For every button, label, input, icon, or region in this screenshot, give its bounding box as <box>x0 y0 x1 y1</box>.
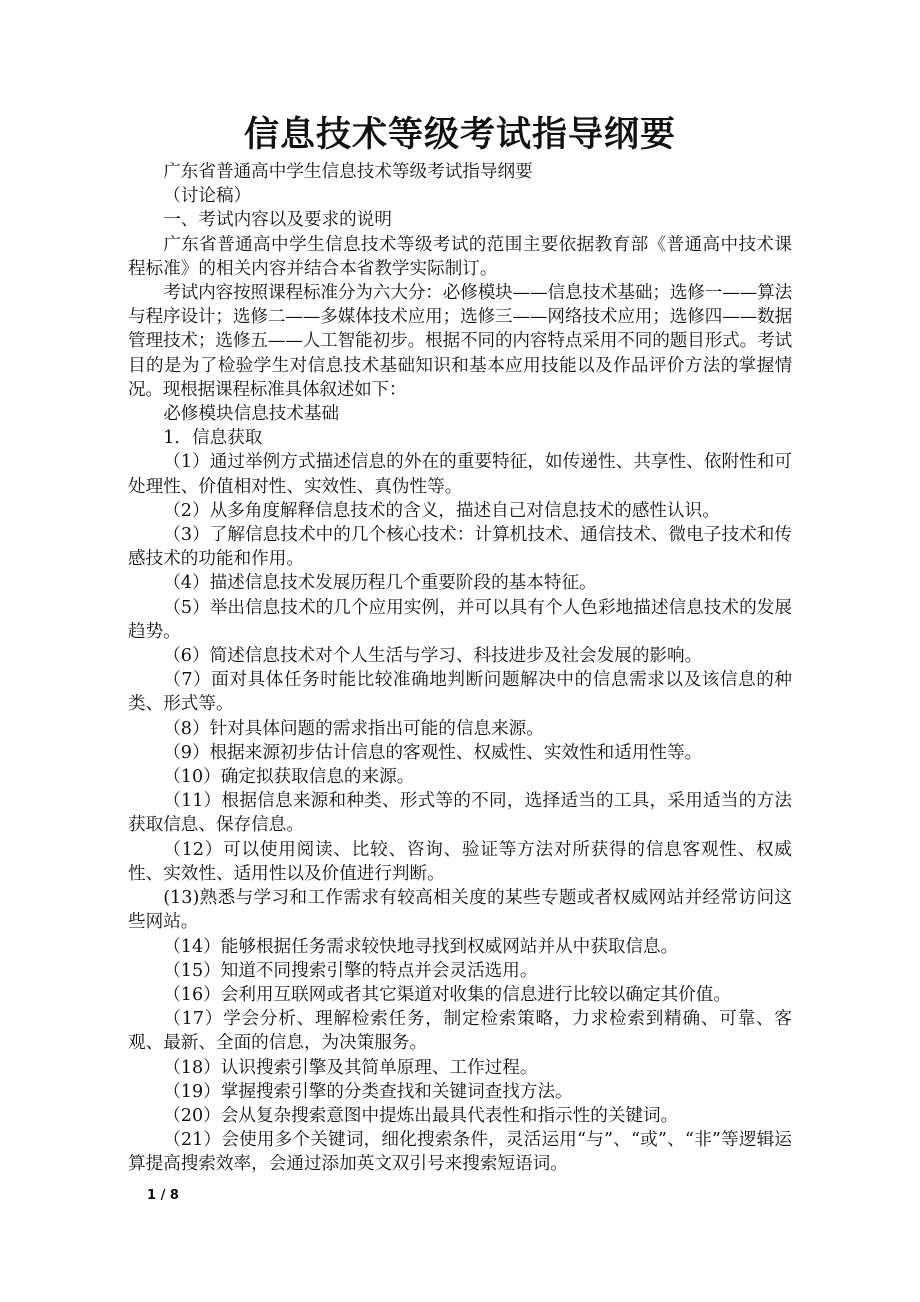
list-item: （6）简述信息技术对个人生活与学习、科技进步及社会发展的影响。 <box>128 644 792 668</box>
paragraph-content-overview: 考试内容按照课程标准分为六大分：必修模块——信息技术基础；选修一——算法与程序设… <box>128 281 792 402</box>
list-item: （18）认识搜索引擎及其简单原理、工作过程。 <box>128 1056 792 1080</box>
subtitle: 广东省普通高中学生信息技术等级考试指导纲要 <box>128 160 792 184</box>
list-item: （19）掌握搜索引擎的分类查找和关键词查找方法。 <box>128 1080 792 1104</box>
list-item: （15）知道不同搜索引擎的特点并会灵活选用。 <box>128 959 792 983</box>
document-title: 信息技术等级考试指导纲要 <box>0 112 920 158</box>
list-item: （8）针对具体问题的需求指出可能的信息来源。 <box>128 717 792 741</box>
list-item: （20）会从复杂搜索意图中提炼出最具代表性和指示性的关键词。 <box>128 1104 792 1128</box>
list-item: （9）根据来源初步估计信息的客观性、权威性、实效性和适用性等。 <box>128 741 792 765</box>
list-item: (13)熟悉与学习和工作需求有较高相关度的某些专题或者权威网站并经常访问这些网站… <box>128 886 792 934</box>
list-item: （1）通过举例方式描述信息的外在的重要特征，如传递性、共享性、依附性和可处理性、… <box>128 450 792 498</box>
paragraph-scope: 广东省普通高中学生信息技术等级考试的范围主要依据教育部《普通高中技术课程标准》的… <box>128 233 792 281</box>
list-item: （2）从多角度解释信息技术的含义，描述自己对信息技术的感性认识。 <box>128 499 792 523</box>
document-body: 广东省普通高中学生信息技术等级考试指导纲要 （讨论稿） 一、考试内容以及要求的说… <box>128 160 792 1177</box>
draft-note: （讨论稿） <box>128 184 792 208</box>
list-item: （12）可以使用阅读、比较、咨询、验证等方法对所获得的信息客观性、权威性、实效性… <box>128 838 792 886</box>
list-item: （17）学会分析、理解检索任务，制定检索策略，力求检索到精确、可靠、客观、最新、… <box>128 1007 792 1055</box>
list-item: （16）会利用互联网或者其它渠道对收集的信息进行比较以确定其价值。 <box>128 983 792 1007</box>
page-number: 1 / 8 <box>147 1188 179 1203</box>
list-item: （14）能够根据任务需求较快地寻找到权威网站并从中获取信息。 <box>128 935 792 959</box>
list-item: （4）描述信息技术发展历程几个重要阶段的基本特征。 <box>128 571 792 595</box>
list-item: （7）面对具体任务时能比较准确地判断问题解决中的信息需求以及该信息的种类、形式等… <box>128 668 792 716</box>
list-item: （11）根据信息来源和种类、形式等的不同，选择适当的工具，采用适当的方法获取信息… <box>128 789 792 837</box>
document-page: 信息技术等级考试指导纲要 广东省普通高中学生信息技术等级考试指导纲要 （讨论稿）… <box>0 0 920 1302</box>
list-item: （3）了解信息技术中的几个核心技术：计算机技术、通信技术、微电子技术和传感技术的… <box>128 523 792 571</box>
list-item: （10）确定拟获取信息的来源。 <box>128 765 792 789</box>
section-heading: 一、考试内容以及要求的说明 <box>128 208 792 232</box>
module-heading: 必修模块信息技术基础 <box>128 402 792 426</box>
list-item: （5）举出信息技术的几个应用实例，并可以具有个人色彩地描述信息技术的发展趋势。 <box>128 596 792 644</box>
subsection-heading: 1．信息获取 <box>128 426 792 450</box>
list-item: （21）会使用多个关键词，细化搜索条件，灵活运用“与”、“或”、“非”等逻辑运算… <box>128 1128 792 1176</box>
